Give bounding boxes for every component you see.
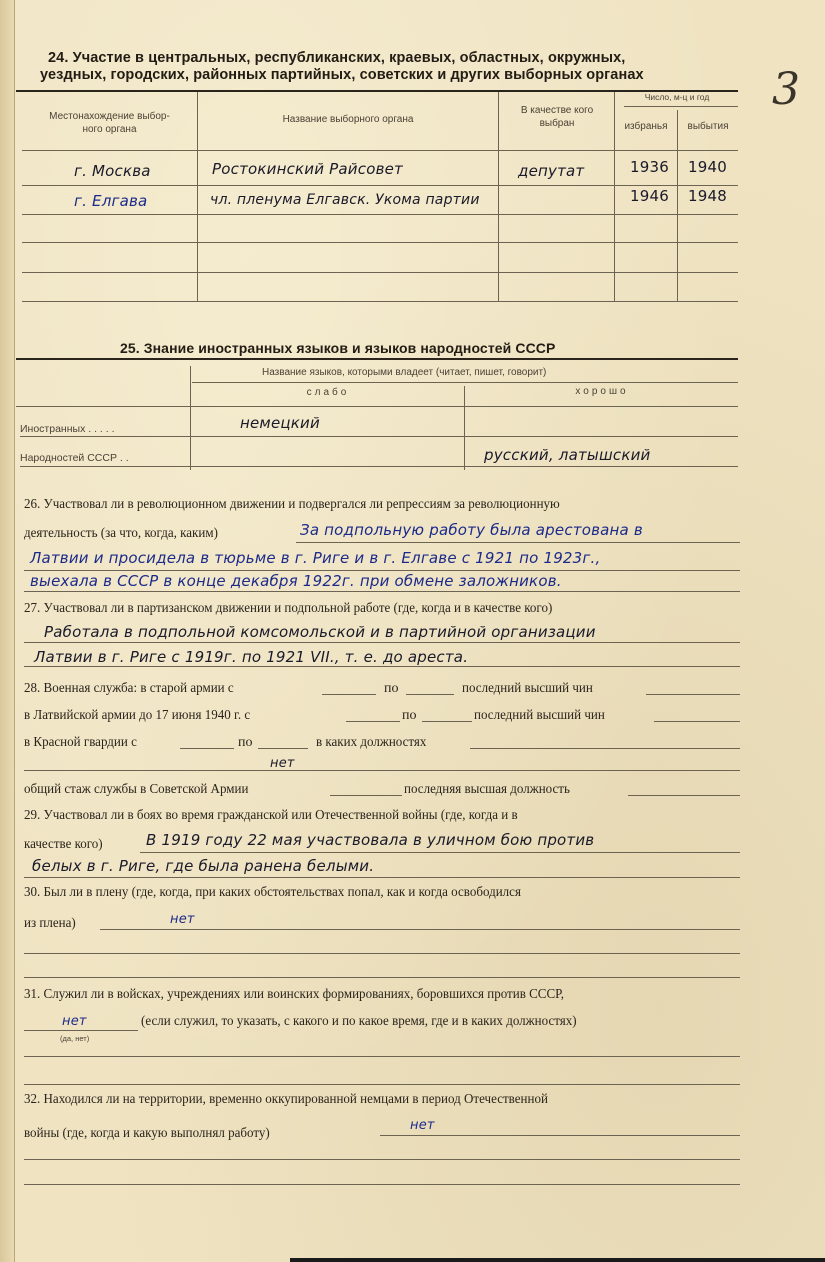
q30-line1: 30. Был ли в плену (где, когда, при каки… — [24, 885, 521, 901]
q28-line2-a: в Латвийской армии до 17 июня 1940 г. с — [24, 708, 250, 724]
q26-rule-2 — [24, 570, 740, 571]
col-divider-4 — [677, 110, 678, 302]
q27-rule-2 — [24, 666, 740, 667]
row1-left: 1940 — [688, 158, 727, 176]
lang-row-ussr-good: русский, латышский — [484, 446, 650, 464]
q27-answer-line2: Латвии в г. Риге с 1919г. по 1921 VII., … — [34, 648, 468, 666]
q32-rule-2 — [24, 1159, 740, 1160]
q31-answer: нет — [62, 1014, 87, 1029]
col-good-header: хорошо — [466, 386, 738, 397]
col-role-header-l1: В качестве кого — [500, 104, 614, 117]
q28-line2-to-blank[interactable] — [422, 721, 472, 722]
q26-rule-3 — [24, 591, 740, 592]
q28-line3-from-blank[interactable] — [180, 748, 234, 749]
q31-rule-1 — [24, 1056, 740, 1057]
lang-subheader-rule — [16, 406, 738, 407]
q28-line2-rank-blank[interactable] — [654, 721, 740, 722]
q26-answer-line3: выехала в СССР в конце декабря 1922г. пр… — [30, 572, 562, 590]
q28-line1-c: последний высший чин — [462, 681, 593, 697]
q31-yes-no-blank[interactable] — [24, 1030, 138, 1031]
q28-line3-a: в Красной гвардии с — [24, 735, 137, 751]
row-rule-2 — [22, 214, 738, 215]
q32-rule-1 — [380, 1135, 740, 1136]
q32-rule-3 — [24, 1184, 740, 1185]
col-left-header: выбытия — [678, 121, 738, 132]
q26-answer-line2: Латвии и просидела в тюрьме в г. Риге и … — [30, 549, 600, 567]
col-divider-2 — [498, 92, 499, 302]
q29-line2: качестве кого) — [24, 837, 103, 853]
q32-line1: 32. Находился ли на территории, временно… — [24, 1092, 548, 1108]
col-elected-header: избранья — [616, 121, 676, 132]
lang-col-divider-1 — [190, 366, 191, 470]
q27-answer-line1: Работала в подпольной комсомольской и в … — [44, 623, 596, 641]
header-bottom-rule — [22, 150, 738, 151]
q31-line1: 31. Служил ли в войсках, учреждениях или… — [24, 987, 564, 1003]
col-role-header: В качестве кого выбран — [500, 104, 614, 130]
q30-rule-3 — [24, 977, 740, 978]
q28-line2-c: последний высший чин — [474, 708, 605, 724]
q28-line1-a: 28. Военная служба: в старой армии с — [24, 681, 234, 697]
date-group-rule — [624, 106, 738, 107]
row2-location: г. Елгава — [74, 192, 147, 210]
col-name-header: Название выборного органа — [198, 114, 498, 125]
q28-line1-from-blank[interactable] — [322, 694, 376, 695]
q26-line2: деятельность (за что, когда, каким) — [24, 526, 218, 542]
lang-row-ussr-label: Народностей СССР . . — [20, 452, 129, 464]
q28-line3-positions-blank[interactable] — [470, 748, 740, 749]
q28-line1-rank-blank[interactable] — [646, 694, 740, 695]
q26-rule-1 — [296, 542, 740, 543]
q28-rule-4 — [24, 770, 740, 771]
row2-name: чл. пленума Елгавск. Укома партии — [210, 192, 480, 208]
lang-row-foreign-weak: немецкий — [240, 414, 320, 432]
section24-title-line2: уездных, городских, районных партийных, … — [40, 67, 644, 83]
q28-line5-a: общий стаж службы в Советской Армии — [24, 782, 248, 798]
col-location-header-l2: ного органа — [22, 123, 197, 136]
q27-line1: 27. Участвовал ли в партизанском движени… — [24, 601, 552, 617]
q31-hint: (да, нет) — [60, 1034, 89, 1043]
col-location-header-l1: Местонахождение выбор- — [22, 110, 197, 123]
q29-rule-1 — [140, 852, 740, 853]
row1-name: Ростокинский Райсовет — [212, 160, 403, 178]
q30-rule-2 — [24, 953, 740, 954]
q31-line2: (если служил, то указать, с какого и по … — [141, 1014, 577, 1030]
row2-elected: 1946 — [630, 187, 669, 205]
q28-line1-to-blank[interactable] — [406, 694, 454, 695]
col-divider-3 — [614, 92, 615, 302]
lang-header: Название языков, которыми владеет (читае… — [262, 367, 546, 378]
section24-title-line1: 24. Участие в центральных, республиканск… — [48, 50, 625, 66]
q28-line3-to-blank[interactable] — [258, 748, 308, 749]
col-location-header: Местонахождение выбор- ного органа — [22, 110, 197, 136]
col-role-header-l2: выбран — [500, 117, 614, 130]
q28-line3-c: в каких должностях — [316, 735, 426, 751]
q27-rule-1 — [24, 642, 740, 643]
row-rule-1 — [22, 185, 738, 186]
lang-row-rule-1 — [20, 436, 738, 437]
row1-elected: 1936 — [630, 158, 669, 176]
q28-line5-tenure-blank[interactable] — [330, 795, 402, 796]
lang-col-divider-2 — [464, 386, 465, 470]
q28-answer: нет — [270, 756, 295, 771]
q30-line2: из плена) — [24, 916, 76, 932]
q29-line1: 29. Участвовал ли в боях во время гражда… — [24, 808, 518, 824]
lang-header-rule — [192, 382, 738, 383]
q26-answer-line1: За подпольную работу была арестована в — [300, 521, 643, 539]
q30-answer: нет — [170, 912, 195, 927]
q30-rule-1 — [100, 929, 740, 930]
row1-location: г. Москва — [74, 162, 151, 180]
q28-line1-b: по — [384, 681, 399, 697]
q29-rule-2 — [24, 877, 740, 878]
col-divider-1 — [197, 92, 198, 302]
q28-line5-position-blank[interactable] — [628, 795, 740, 796]
q28-line2-from-blank[interactable] — [346, 721, 400, 722]
q32-line2: войны (где, когда и какую выполнял работ… — [24, 1126, 270, 1142]
page-number: 3 — [772, 64, 800, 115]
row2-left: 1948 — [688, 187, 727, 205]
q28-line5-b: последняя высшая должность — [404, 782, 570, 798]
lang-row-rule-2 — [20, 466, 738, 467]
page-binding-edge — [0, 0, 15, 1262]
lang-row-foreign-label: Иностранных . . . . . — [20, 423, 115, 435]
col-weak-header: слабо — [192, 387, 464, 398]
q29-answer-line1: В 1919 году 22 мая участвовала в уличном… — [146, 831, 594, 849]
row-rule-3 — [22, 242, 738, 243]
section25-title: 25. Знание иностранных языков и языков н… — [120, 340, 555, 356]
q29-answer-line2: белых в г. Риге, где была ранена белыми. — [32, 857, 374, 875]
row-rule-4 — [22, 272, 738, 273]
row1-role: депутат — [518, 162, 584, 180]
q32-answer: нет — [410, 1118, 435, 1133]
q28-line3-b: по — [238, 735, 253, 751]
section25-top-rule — [16, 358, 738, 360]
row-rule-5 — [22, 301, 738, 302]
q26-line1: 26. Участвовал ли в революционном движен… — [24, 497, 560, 513]
q31-rule-2 — [24, 1084, 740, 1085]
col-date-group-header: Число, м-ц и год — [616, 92, 738, 102]
q28-line2-b: по — [402, 708, 417, 724]
next-page-edge — [290, 1258, 825, 1262]
